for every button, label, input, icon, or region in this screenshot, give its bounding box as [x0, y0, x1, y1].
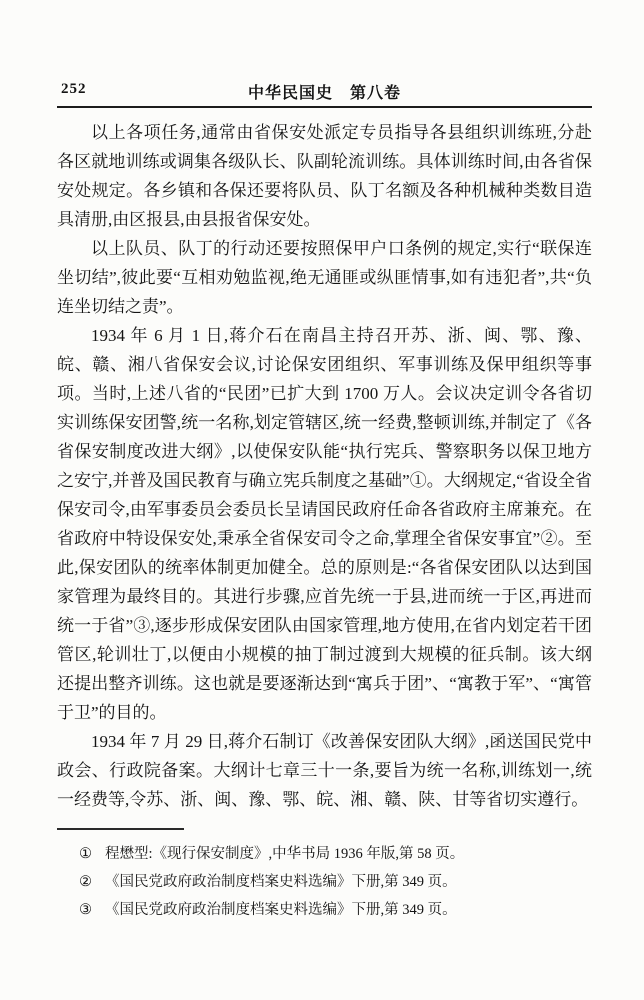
- footnote-marker-2: ②: [79, 868, 105, 896]
- footnote-marker-3: ③: [79, 896, 105, 924]
- footnote-separator: [57, 828, 184, 830]
- footnote-2: ② 《国民党政府政治制度档案史料选编》下册,第 349 页。: [57, 868, 592, 896]
- footnote-text-3: 《国民党政府政治制度档案史料选编》下册,第 349 页。: [105, 896, 592, 924]
- paragraph-4: 1934 年 7 月 29 日,蒋介石制订《改善保安团队大纲》,函送国民党中政会…: [57, 727, 592, 814]
- running-title: 中华民国史 第八卷: [57, 80, 592, 103]
- body-text: 以上各项任务,通常由省保安处派定专员指导各县组织训练班,分赴各区就地训练或调集各…: [57, 118, 592, 820]
- footnote-1: ① 程懋型:《现行保安制度》,中华书局 1936 年版,第 58 页。: [57, 840, 592, 868]
- paragraph-2: 以上队员、队丁的行动还要按照保甲户口条例的规定,实行“联保连坐切结”,彼此要“互…: [57, 234, 592, 321]
- paragraph-3: 1934 年 6 月 1 日,蒋介石在南昌主持召开苏、浙、闽、鄂、豫、皖、赣、湘…: [57, 321, 592, 727]
- footnote-text-1: 程懋型:《现行保安制度》,中华书局 1936 年版,第 58 页。: [105, 840, 592, 868]
- footnotes-section: ① 程懋型:《现行保安制度》,中华书局 1936 年版,第 58 页。 ② 《国…: [57, 828, 592, 924]
- book-page: 252 中华民国史 第八卷 以上各项任务,通常由省保安处派定专员指导各县组织训练…: [0, 0, 644, 1000]
- footnote-3: ③ 《国民党政府政治制度档案史料选编》下册,第 349 页。: [57, 896, 592, 924]
- footnote-marker-1: ①: [79, 840, 105, 868]
- page-header: 252 中华民国史 第八卷: [57, 80, 592, 108]
- footnote-text-2: 《国民党政府政治制度档案史料选编》下册,第 349 页。: [105, 868, 592, 896]
- paragraph-1: 以上各项任务,通常由省保安处派定专员指导各县组织训练班,分赴各区就地训练或调集各…: [57, 118, 592, 234]
